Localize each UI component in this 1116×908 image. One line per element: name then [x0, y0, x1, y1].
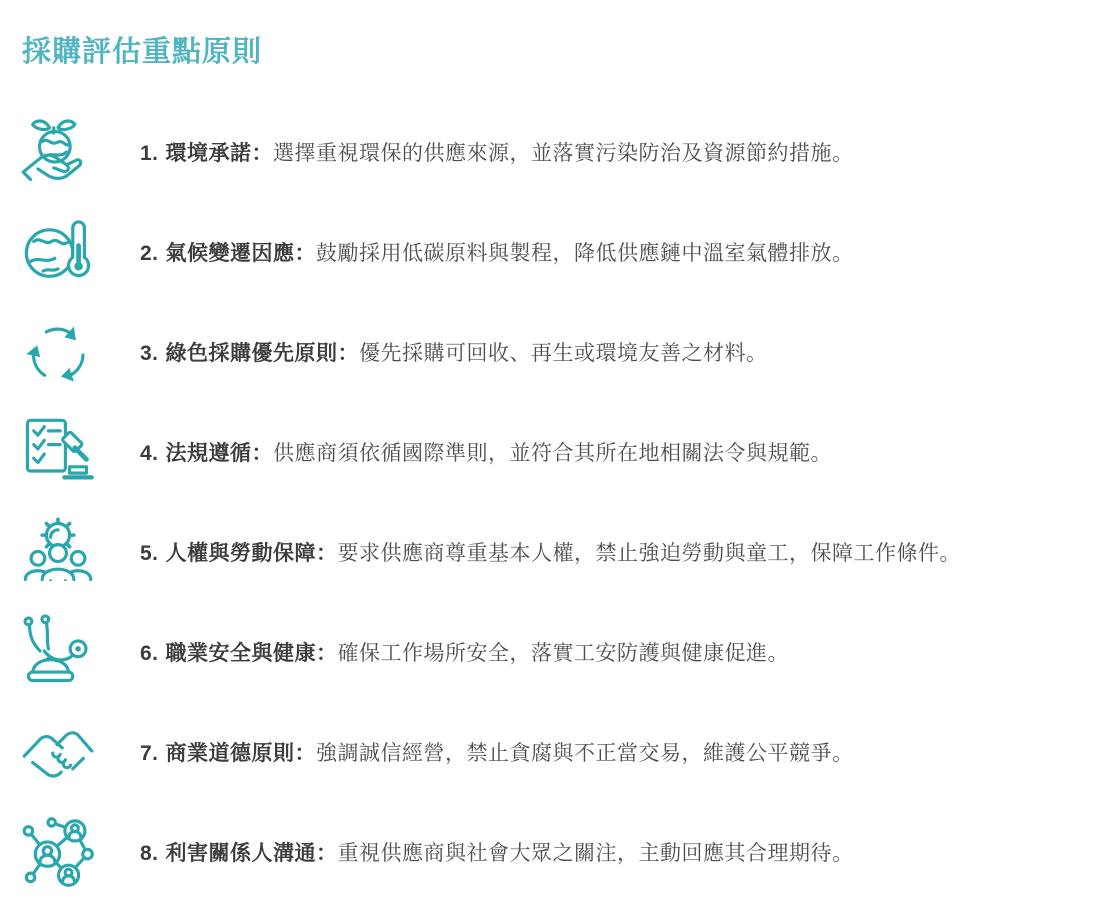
- principle-number: 8.: [140, 842, 159, 865]
- principle-number: 7.: [140, 742, 159, 765]
- principle-label: 商業道德原則：: [166, 742, 317, 765]
- principle-description: 重視供應商與社會大眾之關注，主動回應其合理期待。: [338, 842, 854, 865]
- people-gear-icon: [20, 511, 96, 593]
- principle-description: 選擇重視環保的供應來源，並落實污染防治及資源節約措施。: [273, 142, 854, 165]
- procurement-principles-page: 採購評估重點原則 1.環境承諾：選擇重視環保的供應來源，並落實污染防治及資源節約…: [0, 0, 1116, 908]
- principle-label: 環境承諾：: [166, 142, 274, 165]
- principle-row-6: 6.職業安全與健康：確保工作場所安全，落實工安防護與健康促進。: [20, 602, 1096, 702]
- principle-description: 供應商須依循國際準則，並符合其所在地相關法令與規範。: [273, 442, 832, 465]
- stethoscope-helmet-icon: [20, 611, 96, 693]
- people-network-icon: [20, 811, 96, 893]
- principle-row-5: 5.人權與勞動保障：要求供應商尊重基本人權，禁止強迫勞動與童工，保障工作條件。: [20, 502, 1096, 602]
- recycle-icon: [20, 311, 96, 393]
- principle-label: 人權與勞動保障：: [166, 542, 338, 565]
- page-title: 採購評估重點原則: [22, 34, 1096, 70]
- principle-number: 1.: [140, 142, 159, 165]
- principle-description: 要求供應商尊重基本人權，禁止強迫勞動與童工，保障工作條件。: [338, 542, 962, 565]
- principle-label: 職業安全與健康：: [166, 642, 338, 665]
- principle-list: 1.環境承諾：選擇重視環保的供應來源，並落實污染防治及資源節約措施。 2.氣候變…: [20, 102, 1096, 902]
- principle-text: 8.利害關係人溝通：重視供應商與社會大眾之關注，主動回應其合理期待。: [140, 837, 854, 867]
- principle-description: 確保工作場所安全，落實工安防護與健康促進。: [338, 642, 790, 665]
- principle-description: 優先採購可回收、再生或環境友善之材料。: [359, 342, 768, 365]
- principle-text: 7.商業道德原則：強調誠信經營，禁止貪腐與不正當交易，維護公平競爭。: [140, 737, 854, 767]
- principle-text: 6.職業安全與健康：確保工作場所安全，落實工安防護與健康促進。: [140, 637, 789, 667]
- checklist-gavel-icon: [20, 411, 96, 493]
- principle-number: 5.: [140, 542, 159, 565]
- principle-number: 4.: [140, 442, 159, 465]
- principle-number: 3.: [140, 342, 159, 365]
- eco-hand-globe-icon: [20, 111, 96, 193]
- principle-label: 氣候變遷因應：: [166, 242, 317, 265]
- principle-label: 利害關係人溝通：: [166, 842, 338, 865]
- handshake-icon: [20, 711, 96, 793]
- principle-number: 2.: [140, 242, 159, 265]
- principle-text: 1.環境承諾：選擇重視環保的供應來源，並落實污染防治及資源節約措施。: [140, 137, 854, 167]
- principle-row-3: 3.綠色採購優先原則：優先採購可回收、再生或環境友善之材料。: [20, 302, 1096, 402]
- principle-label: 法規遵循：: [166, 442, 274, 465]
- principle-description: 鼓勵採用低碳原料與製程，降低供應鏈中溫室氣體排放。: [316, 242, 854, 265]
- principle-row-8: 8.利害關係人溝通：重視供應商與社會大眾之關注，主動回應其合理期待。: [20, 802, 1096, 902]
- principle-label: 綠色採購優先原則：: [166, 342, 360, 365]
- principle-row-7: 7.商業道德原則：強調誠信經營，禁止貪腐與不正當交易，維護公平競爭。: [20, 702, 1096, 802]
- principle-text: 4.法規遵循：供應商須依循國際準則，並符合其所在地相關法令與規範。: [140, 437, 832, 467]
- principle-row-1: 1.環境承諾：選擇重視環保的供應來源，並落實污染防治及資源節約措施。: [20, 102, 1096, 202]
- principle-text: 2.氣候變遷因應：鼓勵採用低碳原料與製程，降低供應鏈中溫室氣體排放。: [140, 237, 854, 267]
- principle-text: 5.人權與勞動保障：要求供應商尊重基本人權，禁止強迫勞動與童工，保障工作條件。: [140, 537, 961, 567]
- principle-row-2: 2.氣候變遷因應：鼓勵採用低碳原料與製程，降低供應鏈中溫室氣體排放。: [20, 202, 1096, 302]
- globe-thermometer-icon: [20, 211, 96, 293]
- principle-number: 6.: [140, 642, 159, 665]
- principle-description: 強調誠信經營，禁止貪腐與不正當交易，維護公平競爭。: [316, 742, 854, 765]
- principle-text: 3.綠色採購優先原則：優先採購可回收、再生或環境友善之材料。: [140, 337, 768, 367]
- principle-row-4: 4.法規遵循：供應商須依循國際準則，並符合其所在地相關法令與規範。: [20, 402, 1096, 502]
